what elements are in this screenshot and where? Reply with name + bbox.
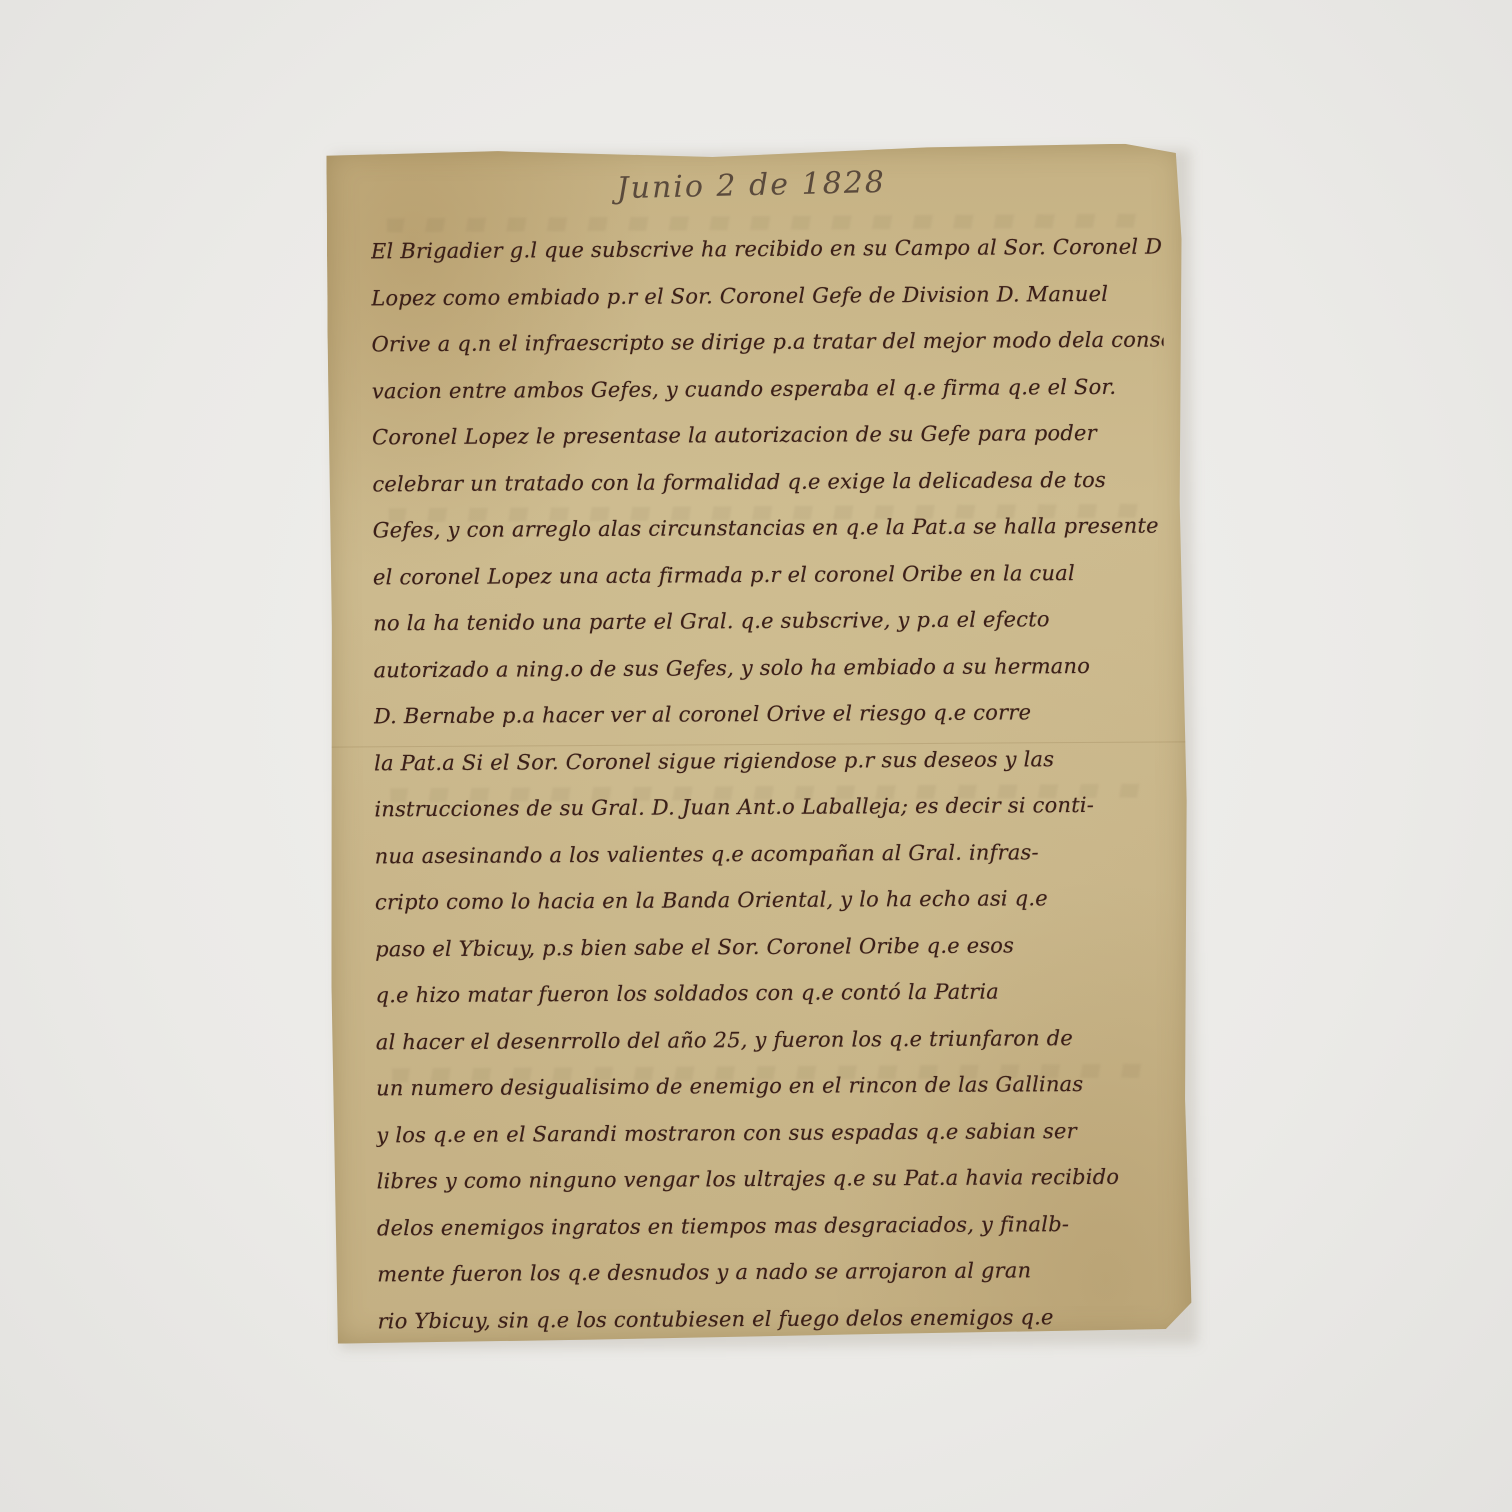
manuscript-line: al hacer el desenrrollo del año 25, y fu…	[376, 1014, 1168, 1065]
manuscript-line: D. Bernabe p.a hacer ver al coronel Oriv…	[374, 689, 1166, 740]
manuscript-line: no la ha tenido una parte el Gral. q.e s…	[373, 596, 1165, 647]
manuscript-page: Junio 2 de 1828 El Brigadier g.l que sub…	[326, 143, 1191, 1343]
manuscript-line: paso el Ybicuy, p.s bien sabe el Sor. Co…	[375, 921, 1167, 972]
manuscript-line: celebrar un tratado con la formalidad q.…	[372, 456, 1164, 507]
manuscript-line: el coronel Lopez una acta firmada p.r el…	[373, 549, 1165, 600]
manuscript-line: Orive a q.n el infraescripto se dirige p…	[371, 317, 1163, 368]
manuscript-line: cripto como lo hacia en la Banda Orienta…	[375, 875, 1167, 926]
manuscript-line: delos enemigos ingratos en tiempos mas d…	[377, 1200, 1169, 1251]
manuscript-line: libres y como ninguno vengar los ultraje…	[377, 1154, 1169, 1205]
manuscript-line: Coronel Lopez le presentase la autorizac…	[372, 410, 1164, 461]
letter-body: El Brigadier g.l que subscrive ha recibi…	[371, 224, 1170, 1438]
manuscript-line: mente fueron los q.e desnudos y a nado s…	[377, 1247, 1169, 1298]
manuscript-line: vacion entre ambos Gefes, y cuando esper…	[372, 363, 1164, 414]
manuscript-line: un numero desigualisimo de enemigo en el…	[376, 1061, 1168, 1112]
manuscript-line: Gefes, y con arreglo alas circunstancias…	[373, 503, 1165, 554]
manuscript-line: q.e hizo matar fueron los soldados con q…	[375, 968, 1167, 1019]
manuscript-line: autorizado a ning.o de sus Gefes, y solo…	[373, 642, 1165, 693]
date-header: Junio 2 de 1828	[616, 165, 886, 206]
manuscript-line: la Pat.a Si el Sor. Coronel sigue rigien…	[374, 735, 1166, 786]
manuscript-line: Lopez como embiado p.r el Sor. Coronel G…	[371, 270, 1163, 321]
manuscript-line: instrucciones de su Gral. D. Juan Ant.o …	[374, 782, 1166, 833]
manuscript-line: y los q.e en el Sarandi mostraron con su…	[376, 1107, 1168, 1158]
manuscript-line: nua asesinando a los valientes q.e acomp…	[375, 828, 1167, 879]
manuscript-line: El Brigadier g.l que subscrive ha recibi…	[371, 224, 1163, 275]
manuscript-line: q.e a consegido la Pat.a libertando la p…	[378, 1386, 1170, 1437]
